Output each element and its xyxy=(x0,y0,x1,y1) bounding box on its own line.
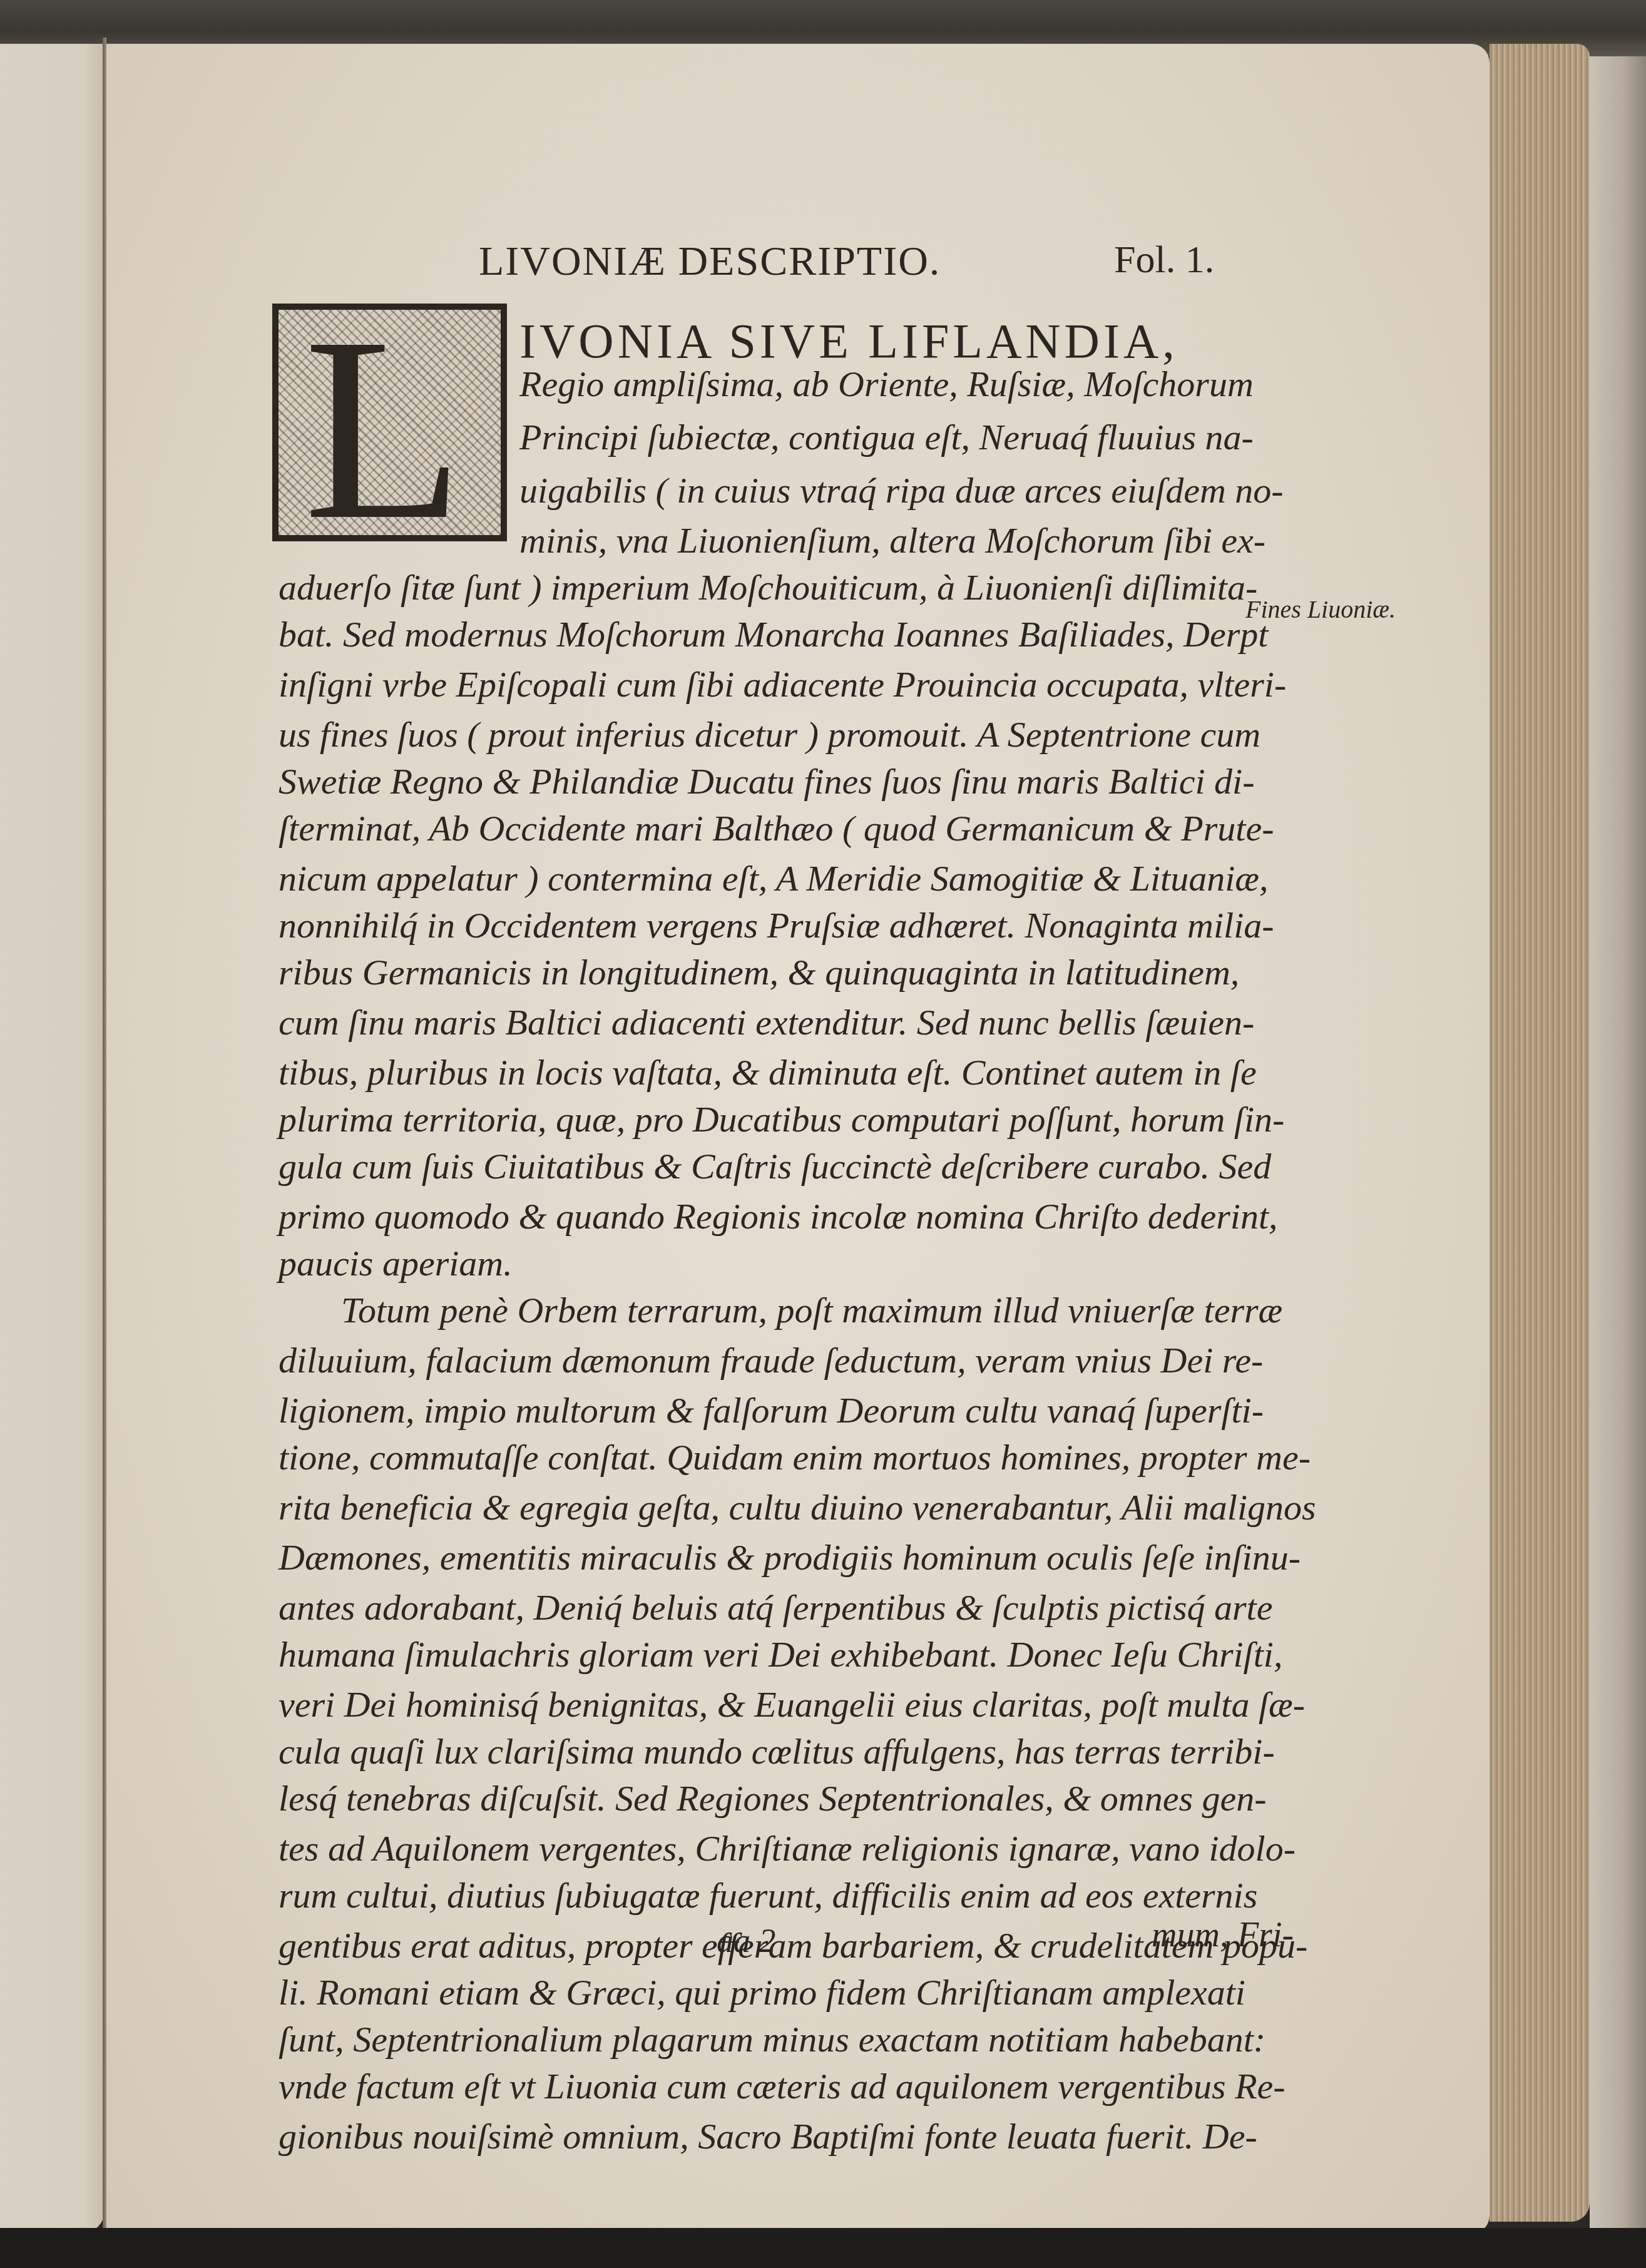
text-line: ligionem, impio multorum & falſorum Deor… xyxy=(279,1389,1264,1431)
text-line: aduerſo ſitæ ſunt ) imperium Moſchouitic… xyxy=(279,566,1257,608)
text-line: Dæmones, ementitis miraculis & prodigiis… xyxy=(279,1536,1301,1578)
text-line: cula quaſi lux clariſsima mundo cœlitus … xyxy=(279,1730,1275,1772)
text-line: antes adorabant, Deniq́ beluis atq́ ſerp… xyxy=(279,1586,1272,1628)
text-line: ribus Germanicis in longitudinem, & quin… xyxy=(279,951,1239,993)
text-line: Principi ſubiectæ, contigua eſt, Neruaq́… xyxy=(519,416,1254,458)
text-line: veri Dei hominisq́ benignitas, & Euangel… xyxy=(279,1683,1305,1725)
decorated-initial: L xyxy=(272,304,507,541)
text-line: tione, commutaſſe conſtat. Quidam enim m… xyxy=(279,1436,1311,1478)
text-line: diluuium, falacium dæmonum fraude ſeduct… xyxy=(279,1339,1263,1381)
text-line: ſunt, Septentrionalium plagarum minus ex… xyxy=(279,2018,1265,2060)
text-line: rita beneficia & egregia geſta, cultu di… xyxy=(279,1486,1316,1528)
book-binding-bottom xyxy=(0,2228,1646,2268)
text-line: cum ſinu maris Baltici adiacenti extendi… xyxy=(279,1001,1254,1043)
text-line: gula cum ſuis Ciuitatibus & Caſtris ſucc… xyxy=(279,1145,1271,1187)
text-line: tibus, pluribus in locis vaſtata, & dimi… xyxy=(279,1051,1257,1093)
text-line: gionibus nouiſsimè omnium, Sacro Baptiſm… xyxy=(279,2115,1257,2157)
marginal-note: Fines Liuoniæ. xyxy=(1245,595,1396,624)
text-line: plurima territoria, quæ, pro Ducatibus c… xyxy=(279,1098,1284,1140)
text-line: bat. Sed modernus Moſchorum Monarcha Ioa… xyxy=(279,613,1268,655)
text-line: inſigni vrbe Epiſcopali cum ſibi adiacen… xyxy=(279,663,1286,705)
page-block-edges xyxy=(1490,44,1590,2222)
text-line: ſterminat, Ab Occidente mari Balthæo ( q… xyxy=(279,807,1274,849)
text-line: paucis aperiam. xyxy=(279,1242,513,1284)
text-line: nicum appelatur ) contermina eſt, A Meri… xyxy=(279,857,1269,899)
text-line: vnde factum eſt vt Liuonia cum cæteris a… xyxy=(279,2065,1286,2107)
opening-title-line: IVONIA SIVE LIFLANDIA, xyxy=(519,313,1178,369)
left-page-edge xyxy=(0,44,105,2234)
text-line: nonnihilq́ in Occidentem vergens Pruſsiæ… xyxy=(279,904,1274,946)
text-line: us fines ſuos ( prout inferius dicetur )… xyxy=(279,713,1260,755)
book-cover-edge xyxy=(1590,56,1646,2228)
signature-mark: aa 2 xyxy=(717,1921,776,1960)
text-line: lesq́ tenebras diſcuſsit. Sed Regiones S… xyxy=(279,1777,1267,1819)
catchword: mum, Fri- xyxy=(1152,1915,1294,1955)
text-line: Swetiæ Regno & Philandiæ Ducatu fines ſu… xyxy=(279,760,1255,802)
text-line: humana ſimulachris gloriam veri Dei exhi… xyxy=(279,1633,1282,1675)
text-line: minis, vna Liuonienſium, altera Moſchoru… xyxy=(519,519,1265,561)
text-line: Regio ampliſsima, ab Oriente, Ruſsiæ, Mo… xyxy=(519,363,1254,405)
text-line: uigabilis ( in cuius vtraq́ ripa duæ arc… xyxy=(519,469,1284,511)
text-line: Totum penè Orbem terrarum, poſt maximum … xyxy=(341,1289,1282,1331)
text-line: li. Romani etiam & Græci, qui primo fide… xyxy=(279,1971,1245,2013)
text-line: primo quomodo & quando Regionis incolæ n… xyxy=(279,1195,1278,1237)
initial-letter: L xyxy=(304,297,464,560)
folio-number: Fol. 1. xyxy=(1114,238,1214,282)
text-line: tes ad Aquilonem vergentes, Chriſtianæ r… xyxy=(279,1827,1296,1869)
running-head: LIVONIÆ DESCRIPTIO. xyxy=(479,238,941,285)
text-line: rum cultui, diutius ſubiugatæ fuerunt, d… xyxy=(279,1874,1257,1916)
